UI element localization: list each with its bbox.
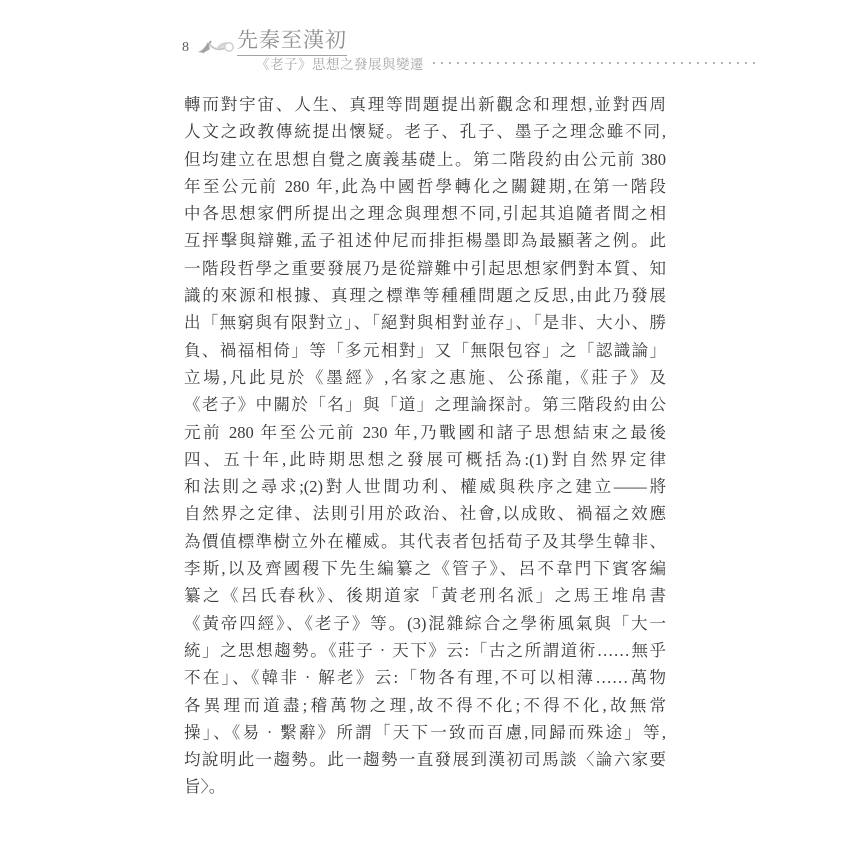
text-line: 李斯,以及齊國稷下先生編纂之《管子》、呂不韋門下賓客編 bbox=[184, 555, 666, 582]
text-line: 年至公元前 280 年,此為中國哲學轉化之關鍵期,在第一階段 bbox=[184, 173, 666, 200]
text-line: 不在」、《韓非‧解老》云:「物各有理,不可以相薄……萬物 bbox=[184, 664, 666, 691]
dotted-leader bbox=[433, 62, 759, 64]
text-line: 和法則之尋求;(2)對人世間功利、權威與秩序之建立——將 bbox=[184, 473, 666, 500]
text-line: 各異理而道盡;稽萬物之理,故不得不化;不得不化,故無常 bbox=[184, 692, 666, 719]
text-line: 元前 280 年至公元前 230 年,乃戰國和諸子思想結束之最後 bbox=[184, 419, 666, 446]
text-line: 負、禍福相倚」等「多元相對」又「無限包容」之「認識論」 bbox=[184, 337, 666, 364]
text-line: 中各思想家們所提出之理念與理想不同,引起其追隨者間之相 bbox=[184, 200, 666, 227]
leaf-flourish-icon bbox=[196, 35, 238, 59]
text-line: 互抨擊與辯難,孟子祖述仲尼而排拒楊墨即為最顯著之例。此 bbox=[184, 227, 666, 254]
body-text: 轉而對宇宙、人生、真理等問題提出新觀念和理想,並對西周 人文之政教傳統提出懷疑。… bbox=[184, 91, 666, 801]
text-line: 纂之《呂氏春秋》、後期道家「黃老刑名派」之馬王堆帛書 bbox=[184, 582, 666, 609]
text-line: 均說明此一趨勢。此一趨勢一直發展到漢初司馬談〈論六家要 bbox=[184, 746, 666, 773]
book-page: 8 先秦至漢初 《老子》思想之發展與變遷 轉而對宇宙、人生、真理等問題提出新觀念… bbox=[0, 0, 850, 850]
text-line: 人文之政教傳統提出懷疑。老子、孔子、墨子之理念雖不同, bbox=[184, 118, 666, 145]
text-line: 但均建立在思想自覺之廣義基礎上。第二階段約由公元前 380 bbox=[184, 146, 666, 173]
text-line: 《黃帝四經》、《老子》等。(3)混雜綜合之學術風氣與「大一 bbox=[184, 610, 666, 637]
text-line: 旨〉。 bbox=[184, 773, 666, 800]
chapter-header: 《老子》思想之發展與變遷 bbox=[256, 53, 759, 73]
text-line: 操」、《易‧繫辭》所謂「天下一致而百慮,同歸而殊途」等, bbox=[184, 719, 666, 746]
text-line: 轉而對宇宙、人生、真理等問題提出新觀念和理想,並對西周 bbox=[184, 91, 666, 118]
text-line: 立場,凡此見於《墨經》,名家之惠施、公孫龍,《莊子》及 bbox=[184, 364, 666, 391]
text-line: 統」之思想趨勢。《莊子‧天下》云:「古之所謂道術……無乎 bbox=[184, 637, 666, 664]
text-line: 自然界之定律、法則引用於政治、社會,以成敗、禍福之效應 bbox=[184, 500, 666, 527]
text-line: 出「無窮與有限對立」、「絕對與相對並存」、「是非、大小、勝 bbox=[184, 309, 666, 336]
page-number: 8 bbox=[182, 40, 189, 56]
text-line: 《老子》中關於「名」與「道」之理論探討。第三階段約由公 bbox=[184, 391, 666, 418]
text-line: 四、五十年,此時期思想之發展可概括為:(1)對自然界定律 bbox=[184, 446, 666, 473]
text-line: 一階段哲學之重要發展乃是從辯難中引起思想家們對本質、知 bbox=[184, 255, 666, 282]
chapter-title: 《老子》思想之發展與變遷 bbox=[256, 53, 424, 73]
text-line: 識的來源和根據、真理之標準等種種問題之反思,由此乃發展 bbox=[184, 282, 666, 309]
text-line: 為價值標準樹立外在權威。其代表者包括荀子及其學生韓非、 bbox=[184, 528, 666, 555]
